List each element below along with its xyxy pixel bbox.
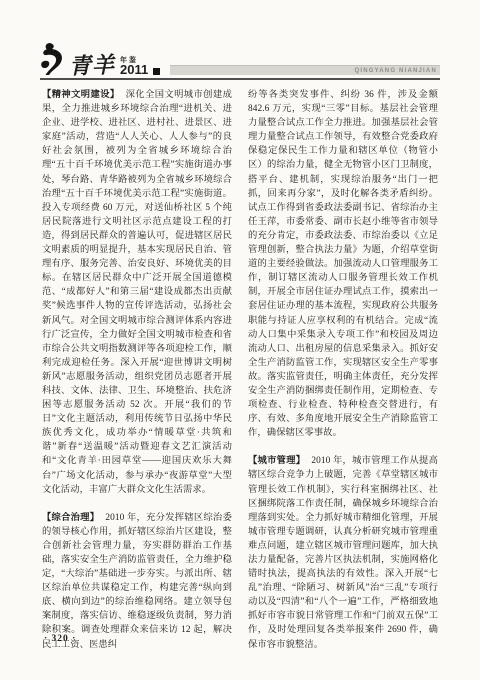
section-heading: 【综合治理】 xyxy=(42,513,99,523)
page-body: 【精神文明建设】深化全国文明城市创建成果，全力推进城乡环境综合治理“进机关、进企… xyxy=(42,88,438,652)
logo-square-icon xyxy=(153,68,160,75)
page-number: · 320 · xyxy=(44,634,76,644)
banner-text: QINGYANG NIANJIAN xyxy=(354,68,437,74)
right-column: 纷等各类突发事件、纠纷 36 件，涉及金额 842.6 万元，实现“三零”目标。… xyxy=(248,88,438,652)
logo-title: 青羊 xyxy=(69,55,116,77)
section-heading: 【城市管理】 xyxy=(248,456,305,466)
paragraph-governance-continued: 纷等各类突发事件、纠纷 36 件，涉及金额 842.6 万元，实现“三零”目标。… xyxy=(248,88,438,440)
page-header: 青羊 年鉴 2011 QINGYANG NIANJIAN xyxy=(40,42,440,80)
section-heading: 【精神文明建设】 xyxy=(42,90,120,100)
logo-year: 2011 xyxy=(120,64,148,76)
paragraph-text: 2010 年，城市管理工作从提高辖区综合竞争力上破题，完善《草堂辖区城市管理长效… xyxy=(248,456,438,649)
paragraph-spiritual-civilization: 【精神文明建设】深化全国文明城市创建成果，全力推进城乡环境综合治理“进机关、进企… xyxy=(42,88,232,497)
paragraph-text: 纷等各类突发事件、纠纷 36 件，涉及金额 842.6 万元，实现“三零”目标。… xyxy=(248,90,438,438)
paragraph-text: 深化全国文明城市创建成果，全力推进城乡环境综合治理“进机关、进企业、进学校、进社… xyxy=(42,90,232,495)
calligraphy-figure-icon xyxy=(40,42,66,76)
yearbook-page: 青羊 年鉴 2011 QINGYANG NIANJIAN 【精神文明建设】深化全… xyxy=(0,0,480,680)
logo-stack: 年鉴 2011 xyxy=(120,57,148,76)
paragraph-text: 2010 年，充分发挥辖区综治委的领导核心作用，抓好辖区综治片区建设，整合创新社… xyxy=(42,513,232,650)
left-column: 【精神文明建设】深化全国文明城市创建成果，全力推进城乡环境综合治理“进机关、进企… xyxy=(42,88,232,652)
paragraph-comprehensive-governance: 【综合治理】2010 年，充分发挥辖区综治委的领导核心作用，抓好辖区综治片区建设… xyxy=(42,511,232,652)
header-banner: QINGYANG NIANJIAN xyxy=(170,65,440,75)
paragraph-city-management: 【城市管理】2010 年，城市管理工作从提高辖区综合竞争力上破题，完善《草堂辖区… xyxy=(248,454,438,651)
yearbook-logo: 青羊 年鉴 2011 xyxy=(40,42,160,76)
